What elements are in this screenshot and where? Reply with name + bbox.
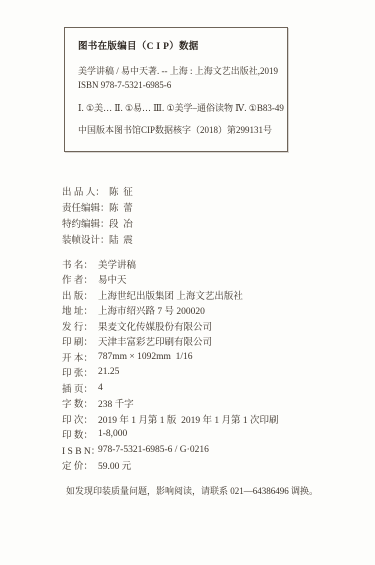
colophon-value: 978-7-5321-6985-6 / G·0216 <box>98 445 209 455</box>
colophon-label: 发 行： <box>62 319 98 333</box>
credit-value: 陈 征 <box>109 184 133 198</box>
credit-row-producer: 出 品 人： 陈 征 <box>62 183 133 199</box>
colophon-value: 上海市绍兴路 7 号 200020 <box>98 303 205 317</box>
colophon-label: 插 页： <box>62 381 98 395</box>
cip-registry-number-line: 中国版本图书馆CIP数据核字（2018）第299131号 <box>78 125 277 136</box>
colophon-label: 印 次： <box>62 412 98 426</box>
colophon-row-edition: 印 次： 2019 年 1 月第 1 版 2019 年 1 月第 1 次印刷 <box>62 411 279 427</box>
credit-label: 特约编辑： <box>62 216 109 230</box>
colophon-label: 印 刷： <box>62 334 98 348</box>
colophon-value: 787mm × 1092mm 1/16 <box>98 352 193 362</box>
colophon-row-distributor: 发 行： 果麦文化传媒股份有限公司 <box>62 318 279 334</box>
copyright-page: 图书在版编目（C I P）数据 美学讲稿 / 易中天著. -- 上海 : 上海文… <box>0 0 375 565</box>
colophon-row-address: 地 址： 上海市绍兴路 7 号 200020 <box>62 303 279 319</box>
credit-label: 出 品 人： <box>62 184 109 198</box>
colophon-label: 书 名： <box>62 257 98 271</box>
colophon-row-book-title: 书 名： 美学讲稿 <box>62 256 279 272</box>
colophon-value: 上海世纪出版集团 上海文艺出版社 <box>98 288 243 302</box>
cip-data-box: 图书在版编目（C I P）数据 美学讲稿 / 易中天著. -- 上海 : 上海文… <box>64 27 288 152</box>
colophon-row-isbn: I S B N： 978-7-5321-6985-6 / G·0216 <box>62 442 279 458</box>
publication-details-block: 书 名： 美学讲稿 作 者： 易中天 出 版： 上海世纪出版集团 上海文艺出版社… <box>62 256 279 473</box>
colophon-label: 地 址： <box>62 303 98 317</box>
colophon-row-sheets: 印 张： 21.25 <box>62 365 279 381</box>
colophon-value: 果麦文化传媒股份有限公司 <box>98 319 212 333</box>
colophon-row-print-run: 印 数： 1-8,000 <box>62 427 279 443</box>
editorial-credits-block: 出 品 人： 陈 征 责任编辑： 陈 蕾 特约编辑： 段 冶 装帧设计： 陆 震 <box>62 183 133 247</box>
colophon-row-word-count: 字 数： 238 千字 <box>62 396 279 412</box>
colophon-value: 2019 年 1 月第 1 版 2019 年 1 月第 1 次印刷 <box>98 412 279 426</box>
credit-row-executive-editor: 责任编辑： 陈 蕾 <box>62 199 133 215</box>
colophon-row-format: 开 本： 787mm × 1092mm 1/16 <box>62 349 279 365</box>
colophon-row-publisher: 出 版： 上海世纪出版集团 上海文艺出版社 <box>62 287 279 303</box>
colophon-value: 238 千字 <box>98 396 134 410</box>
credit-label: 责任编辑： <box>62 200 109 214</box>
quality-notice: 如发现印装质量问题，影响阅读，请联系 021—64386496 调换。 <box>66 484 318 497</box>
credit-label: 装帧设计： <box>62 232 109 246</box>
cip-box-title: 图书在版编目（C I P）数据 <box>78 42 277 53</box>
colophon-row-author: 作 者： 易中天 <box>62 272 279 288</box>
credit-value: 陆 震 <box>109 232 133 246</box>
colophon-value: 4 <box>98 383 103 393</box>
colophon-label: 出 版： <box>62 288 98 302</box>
credit-value: 段 冶 <box>109 216 133 230</box>
colophon-value: 美学讲稿 <box>98 257 136 271</box>
credit-row-contributing-editor: 特约编辑： 段 冶 <box>62 215 133 231</box>
colophon-label: 定 价： <box>62 458 98 472</box>
cip-classification-line: Ⅰ. ①美… Ⅱ. ①易… Ⅲ. ①美学–通俗读物 Ⅳ. ①B83-49 <box>78 103 277 114</box>
credit-row-book-designer: 装帧设计： 陆 震 <box>62 231 133 247</box>
colophon-value: 59.00 元 <box>98 458 131 472</box>
cip-record-line: 美学讲稿 / 易中天著. -- 上海 : 上海文艺出版社,2019 <box>78 66 277 77</box>
colophon-label: I S B N： <box>62 443 98 457</box>
colophon-label: 印 张： <box>62 365 98 379</box>
colophon-label: 作 者： <box>62 272 98 286</box>
colophon-row-price: 定 价： 59.00 元 <box>62 458 279 474</box>
colophon-row-inserts: 插 页： 4 <box>62 380 279 396</box>
colophon-label: 印 数： <box>62 427 98 441</box>
colophon-value: 1-8,000 <box>98 429 127 439</box>
colophon-row-printer: 印 刷： 天津丰富彩艺印刷有限公司 <box>62 334 279 350</box>
colophon-value: 易中天 <box>98 272 127 286</box>
credit-value: 陈 蕾 <box>109 200 133 214</box>
colophon-value: 21.25 <box>98 367 119 377</box>
colophon-label: 字 数： <box>62 396 98 410</box>
cip-isbn-line: ISBN 978-7-5321-6985-6 <box>78 80 277 91</box>
colophon-label: 开 本： <box>62 350 98 364</box>
colophon-value: 天津丰富彩艺印刷有限公司 <box>98 334 212 348</box>
